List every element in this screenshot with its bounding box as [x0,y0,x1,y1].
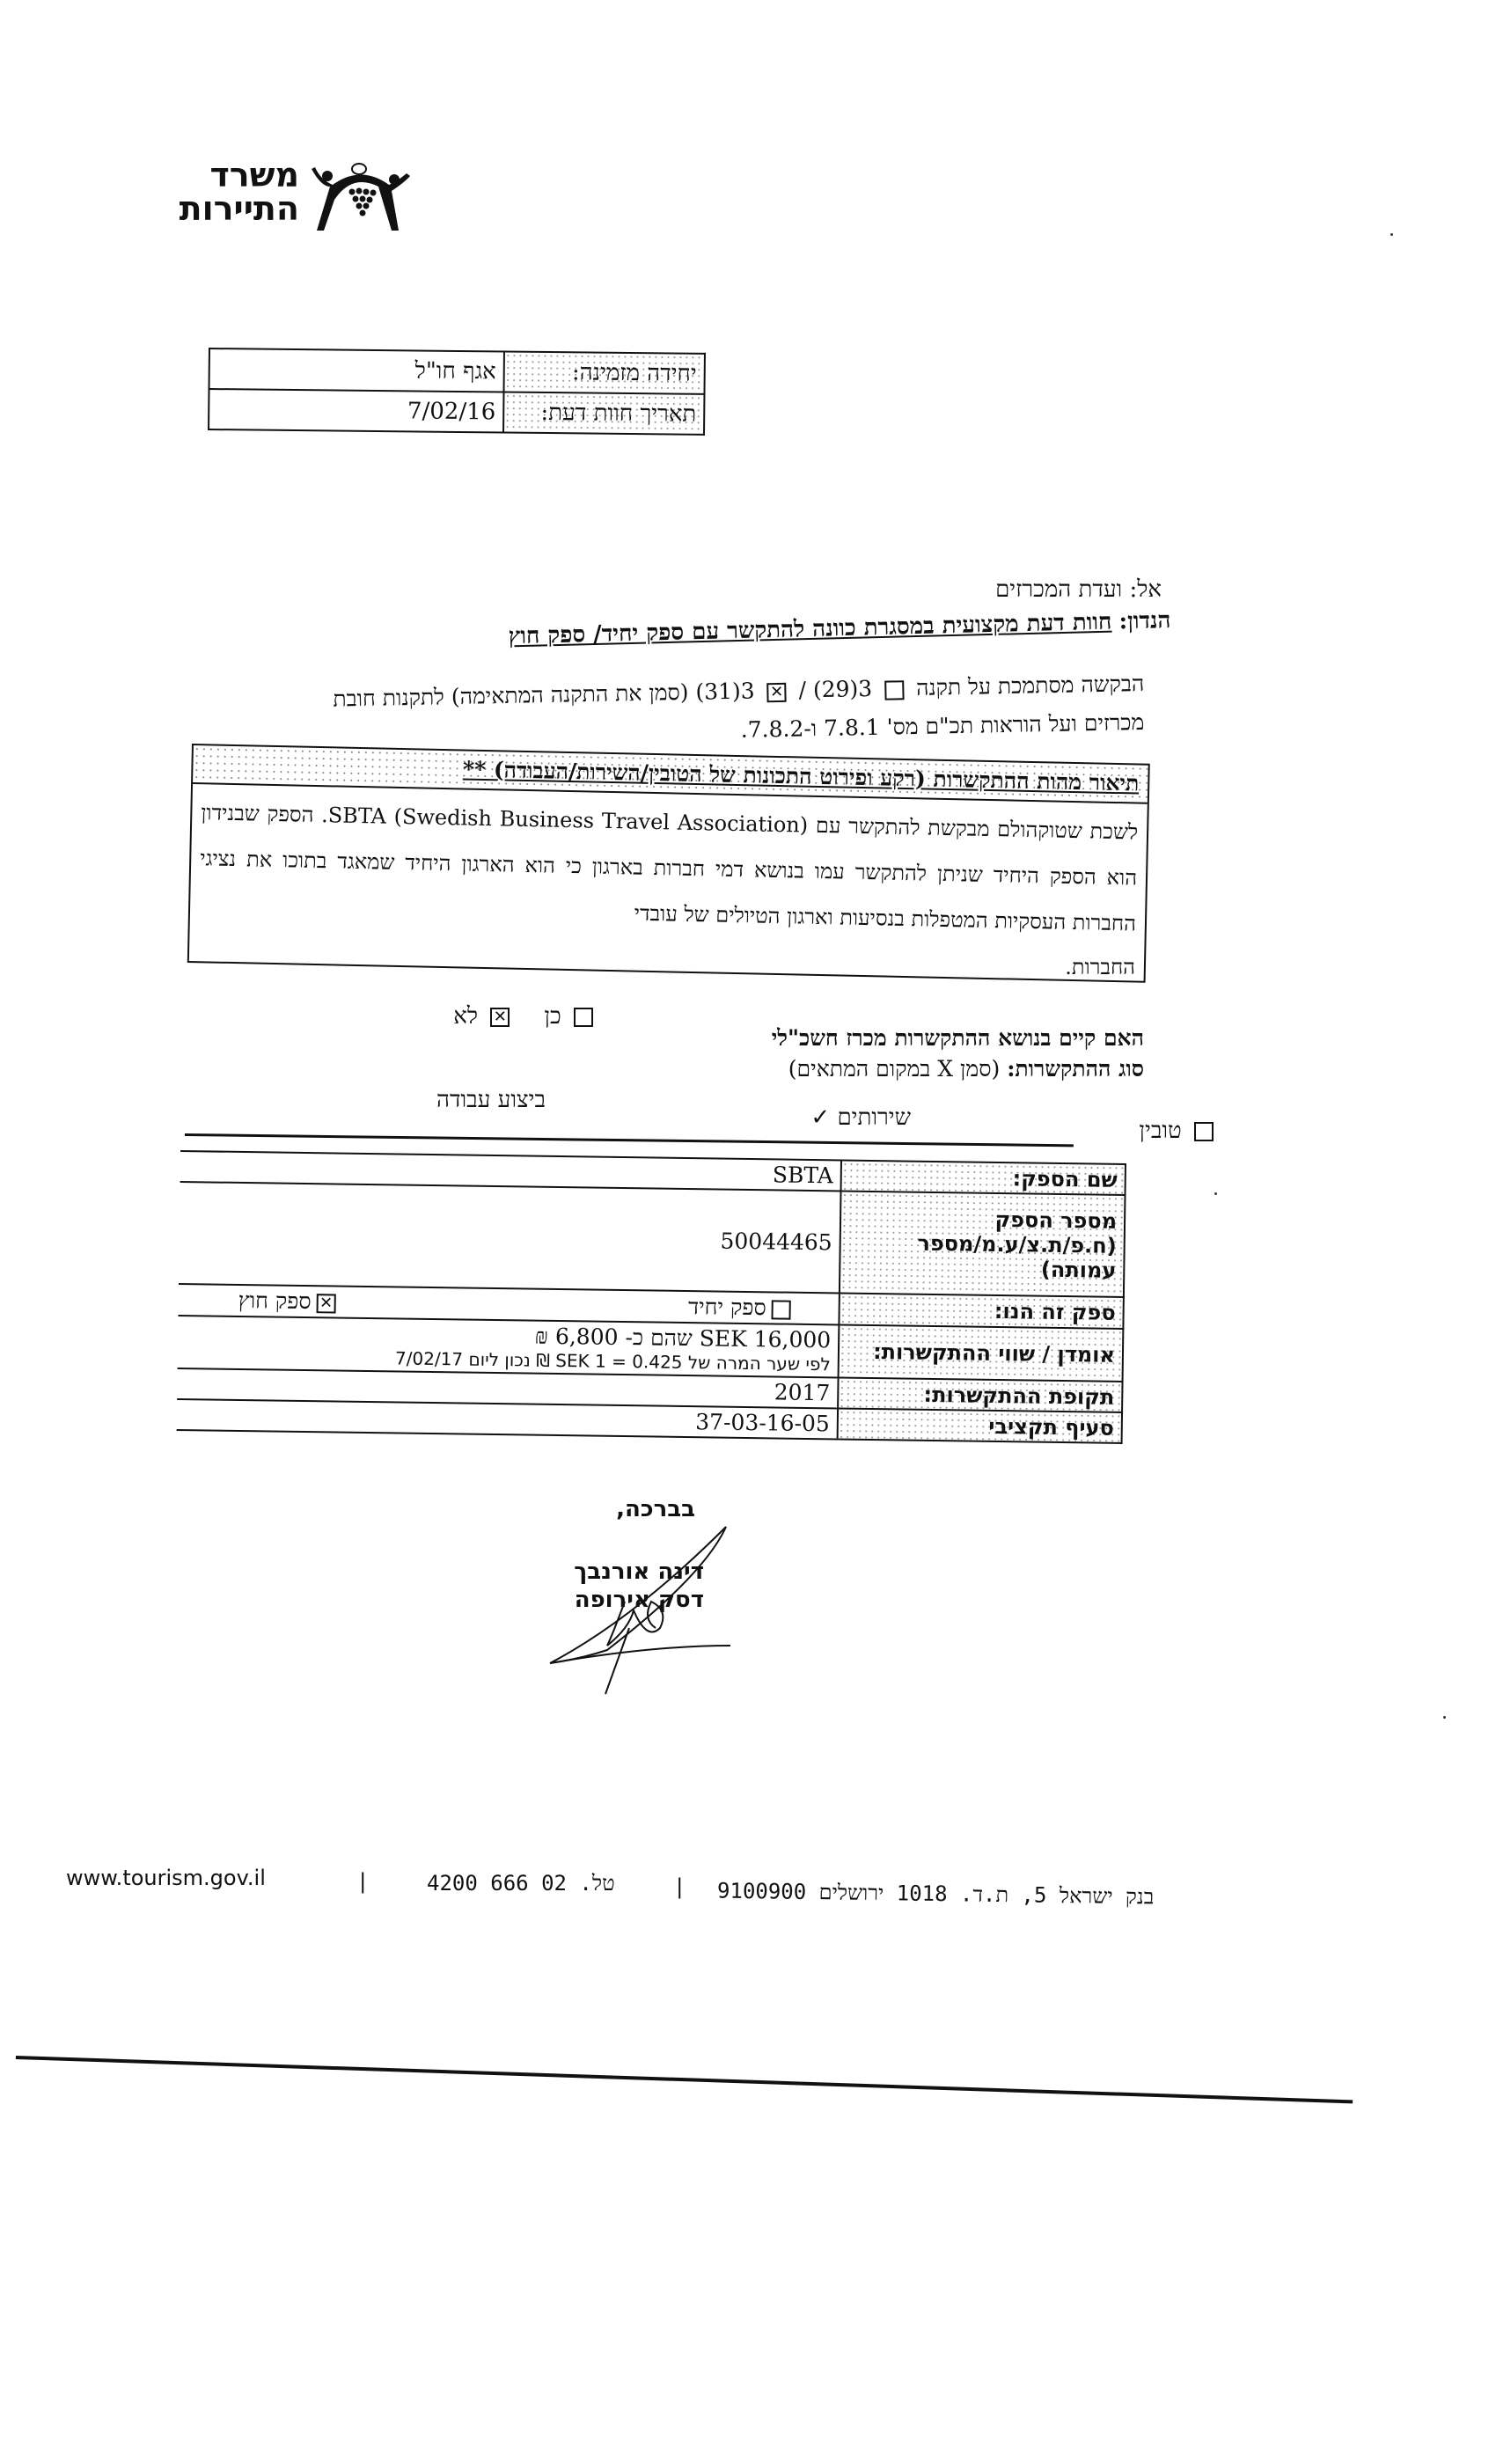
header-info-table: אגף חו"ל יחידה מזמינה: 7/02/16 תאריך חוו… [208,348,706,436]
description-body: לשכת שטוקהולם מבקשת להתקשר עם SBTA (Swed… [199,789,1139,946]
supplier-table: SBTA שם הספק: 50044465 מספר הספק (ח.פ/ת.… [177,1150,1126,1444]
table-row: 7/02/16 תאריך חוות דעת: [209,389,704,435]
type-goods-option: טובין [1104,1118,1219,1144]
engagement-type-instruction: (סמן X במקום המתאים) [788,1056,1000,1082]
opinion-date-value: 7/02/16 [209,389,503,433]
period-label: תקופת ההתקשרות: [838,1377,1122,1412]
ordering-unit-label: יחידה מזמינה: [503,352,704,394]
website-link[interactable]: www.tourism.gov.il [66,1866,266,1890]
foreign-supplier-checkbox[interactable]: ✕ [316,1294,335,1313]
sole-supplier-checkbox[interactable] [771,1300,790,1319]
type-work-option: ביצוע עבודה [387,1087,546,1113]
ministry-name-line1: משרד [145,158,299,192]
addressee: אל: ועדת המכרזים [704,576,1162,603]
handwritten-signature-icon [528,1496,739,1698]
ordering-unit-value: אגף חו"ל [209,348,504,392]
description-heading-text: תיאור מהות ההתקשרות (רקע ופירוט התכונות … [463,756,1140,796]
tender-yes-checkbox[interactable] [574,1008,593,1027]
sole-supplier-option: ספק יחיד [688,1294,796,1322]
regulation-line: הבקשה מסתמכת על תקנה 3(29) / ✕ 3(31) (סמ… [202,671,1144,715]
footer-separator: | [673,1874,686,1899]
signature-block: בברכה, דינה אורנבך דסק אירופה [528,1496,739,1698]
subject-prefix: הנדון: [1118,607,1171,634]
scan-speck [1443,1716,1446,1719]
footer-separator: | [356,1869,369,1894]
budget-label: סעיף תקציבי [838,1408,1122,1443]
scan-speck [1390,233,1393,236]
regulation-29-checkbox[interactable] [884,680,904,700]
tender-no-checkbox[interactable]: ✕ [490,1008,510,1027]
ministry-name: משרד התיירות [145,158,299,225]
type-services-option: שירותים ✓ [735,1104,911,1131]
engagement-description-box: תיאור מהות ההתקשרות (רקע ופירוט התכונות … [187,744,1150,983]
ministry-logo: משרד התיירות [145,158,418,238]
regulation-31-checkbox[interactable]: ✕ [766,682,786,701]
regulation-31-label: 3(31) [695,678,755,704]
foreign-supplier-label: ספק חוץ [238,1287,312,1314]
type-services-label: שירותים [837,1104,911,1131]
description-tail: החברות. [1047,955,1135,980]
supplier-number-value: 50044465 [179,1182,841,1293]
amount-value: SEK 16,000 שהם כ- 6,800 ₪ לפי שער המרה ש… [178,1316,840,1377]
divider [185,1133,1074,1147]
tender-no-label: לא [453,1003,478,1030]
tender-question: האם קיים בנושא ההתקשרות מכרז חשכ"לי [695,1025,1144,1052]
subject-text: חוות דעת מקצועית במסגרת כוונה להתקשר עם … [508,609,1111,650]
tourism-ministry-emblem-icon [308,160,414,235]
amount-label: אומדן / שווי ההתקשרות: [839,1324,1124,1382]
engagement-type-line: סוג ההתקשרות: (סמן X במקום המתאים) [704,1056,1144,1082]
engagement-type-label: סוג ההתקשרות: [1007,1056,1144,1082]
phone-number: טל. 02 666 4200 [427,1871,615,1896]
subject-line: הנדון: חוות דעת מקצועית במסגרת כוונה להת… [290,607,1170,655]
supplier-number-label: מספר הספק (ח.פ/ת.צ/ע.מ/מספר עמותה) [840,1191,1126,1296]
supplier-type-label: ספק זה הנו: [839,1293,1123,1329]
table-row: 50044465 מספר הספק (ח.פ/ת.צ/ע.מ/מספר עמו… [179,1182,1126,1297]
regulation-29-label: 3(29) / [798,676,872,703]
fax-edge-line [16,2056,1353,2103]
postal-address: בנק ישראל 5, ת.ד. 1018 ירושלים 9100900 [717,1879,1155,1910]
tender-yes-label: כן [544,1003,561,1030]
type-goods-checkbox[interactable] [1194,1122,1214,1141]
type-goods-label: טובין [1139,1118,1181,1144]
check-icon[interactable]: ✓ [810,1104,830,1131]
supplier-name-label: שם הספק: [841,1160,1126,1195]
sole-supplier-label: ספק יחיד [688,1294,766,1320]
table-row: אגף חו"ל יחידה מזמינה: [209,348,705,394]
opinion-date-label: תאריך חוות דעת: [503,392,704,435]
ministry-name-line2: התיירות [145,192,299,225]
regulation-instruction: (סמן את התקנה המתאימה) לתקנות חובת [333,679,689,712]
regulation-intro: הבקשה מסתמכת על תקנה [916,671,1145,700]
tender-options: כן ✕ לא [387,1003,598,1030]
foreign-supplier-option: ✕ספק חוץ [238,1287,341,1316]
scan-speck [1214,1192,1217,1195]
